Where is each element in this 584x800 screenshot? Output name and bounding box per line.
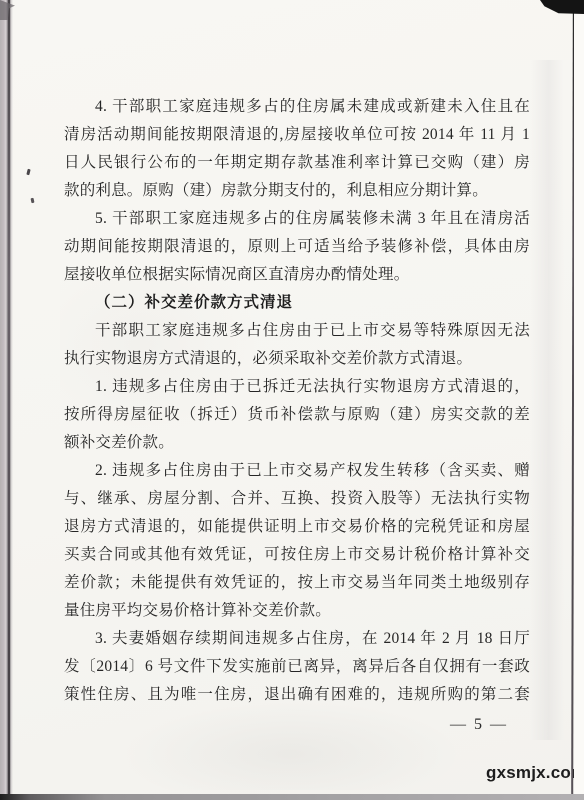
paragraph: 4. 干部职工家庭违规多占的住房属未建成或新建未入住且在清房活动期间能按期限清退… (64, 93, 530, 205)
text-line: （二）补交差价款方式清退 (64, 289, 530, 317)
text-line: 3. 夫妻婚姻存续期间违规多占住房，在 2014 年 2 月 18 日厅 (64, 625, 530, 653)
scan-smudge (530, 60, 564, 740)
scanned-document-page: 4. 干部职工家庭违规多占的住房属未建成或新建未入住且在清房活动期间能按期限清退… (0, 0, 584, 800)
text-line: 2. 违规多占住房由于已上市交易产权发生转移（含买卖、赠 (64, 457, 530, 485)
paragraph: 2. 违规多占住房由于已上市交易产权发生转移（含买卖、赠与、继承、房屋分割、合并… (64, 457, 530, 625)
text-line: 与、继承、房屋分割、合并、互换、投资入股等）无法执行实物 (64, 485, 530, 513)
page-number: — 5 — (444, 716, 514, 734)
text-line: 额补交差价款。 (64, 429, 530, 457)
watermark: gxsmjx.com (486, 763, 584, 783)
scan-edge-bottom (0, 794, 584, 800)
section-heading: （二）补交差价款方式清退 (64, 289, 530, 317)
paragraph: 3. 夫妻婚姻存续期间违规多占住房，在 2014 年 2 月 18 日厅发〔20… (64, 625, 530, 709)
text-line: 屋接收单位根据实际情况商区直清房办酌情处理。 (64, 261, 530, 289)
text-line: 执行实物退房方式清退的，必须采取补交差价款方式清退。 (64, 345, 530, 373)
text-line: 款的利息。原购（建）房款分期支付的，利息相应分期计算。 (64, 177, 530, 205)
text-line: 按所得房屋征收（拆迁）货币补偿款与原购（建）房实交款的差 (64, 401, 530, 429)
text-line: 5. 干部职工家庭违规多占的住房属装修未满 3 年且在清房活 (64, 205, 530, 233)
scan-edge-left (0, 0, 13, 800)
text-line: 4. 干部职工家庭违规多占的住房属未建成或新建未入住且在 (64, 93, 530, 121)
paragraph: 干部职工家庭违规多占住房由于已上市交易等特殊原因无法执行实物退房方式清退的，必须… (64, 317, 530, 373)
text-line: 1. 违规多占住房由于已拆迁无法执行实物退房方式清退的， (64, 373, 530, 401)
text-line: 买卖合同或其他有效凭证，可按住房上市交易计税价格计算补交 (64, 541, 530, 569)
document-body: 4. 干部职工家庭违规多占的住房属未建成或新建未入住且在清房活动期间能按期限清退… (64, 93, 530, 709)
scan-edge-right-margin (574, 0, 584, 800)
scan-edge-left-line (8, 0, 10, 800)
scan-speck (26, 169, 30, 176)
text-line: 日人民银行公布的一年期定期存款基准利率计算已交购（建）房 (64, 149, 530, 177)
text-line: 量住房平均交易价格计算补交差价款。 (64, 597, 530, 625)
text-line: 动期间能按期限清退的，原则上可适当给予装修补偿，具体由房 (64, 233, 530, 261)
text-line: 清房活动期间能按期限清退的,房屋接收单位可按 2014 年 11 月 1 (64, 121, 530, 149)
text-line: 差价款；未能提供有效凭证的，按上市交易当年同类土地级别存 (64, 569, 530, 597)
scan-corner-top-right (540, 0, 584, 14)
paragraph: 1. 违规多占住房由于已拆迁无法执行实物退房方式清退的，按所得房屋征收（拆迁）货… (64, 373, 530, 457)
scan-smudge (120, 700, 460, 790)
text-line: 策性住房、且为唯一住房，退出确有困难的，违规所购的第二套 (64, 681, 530, 709)
text-line: 干部职工家庭违规多占住房由于已上市交易等特殊原因无法 (64, 317, 530, 345)
paragraph: 5. 干部职工家庭违规多占的住房属装修未满 3 年且在清房活动期间能按期限清退的… (64, 205, 530, 289)
scan-speck (31, 198, 35, 204)
text-line: 退房方式清退的，如能提供证明上市交易价格的完税凭证和房屋 (64, 513, 530, 541)
text-line: 发〔2014〕6 号文件下发实施前已离异，离异后各自仅拥有一套政 (64, 653, 530, 681)
